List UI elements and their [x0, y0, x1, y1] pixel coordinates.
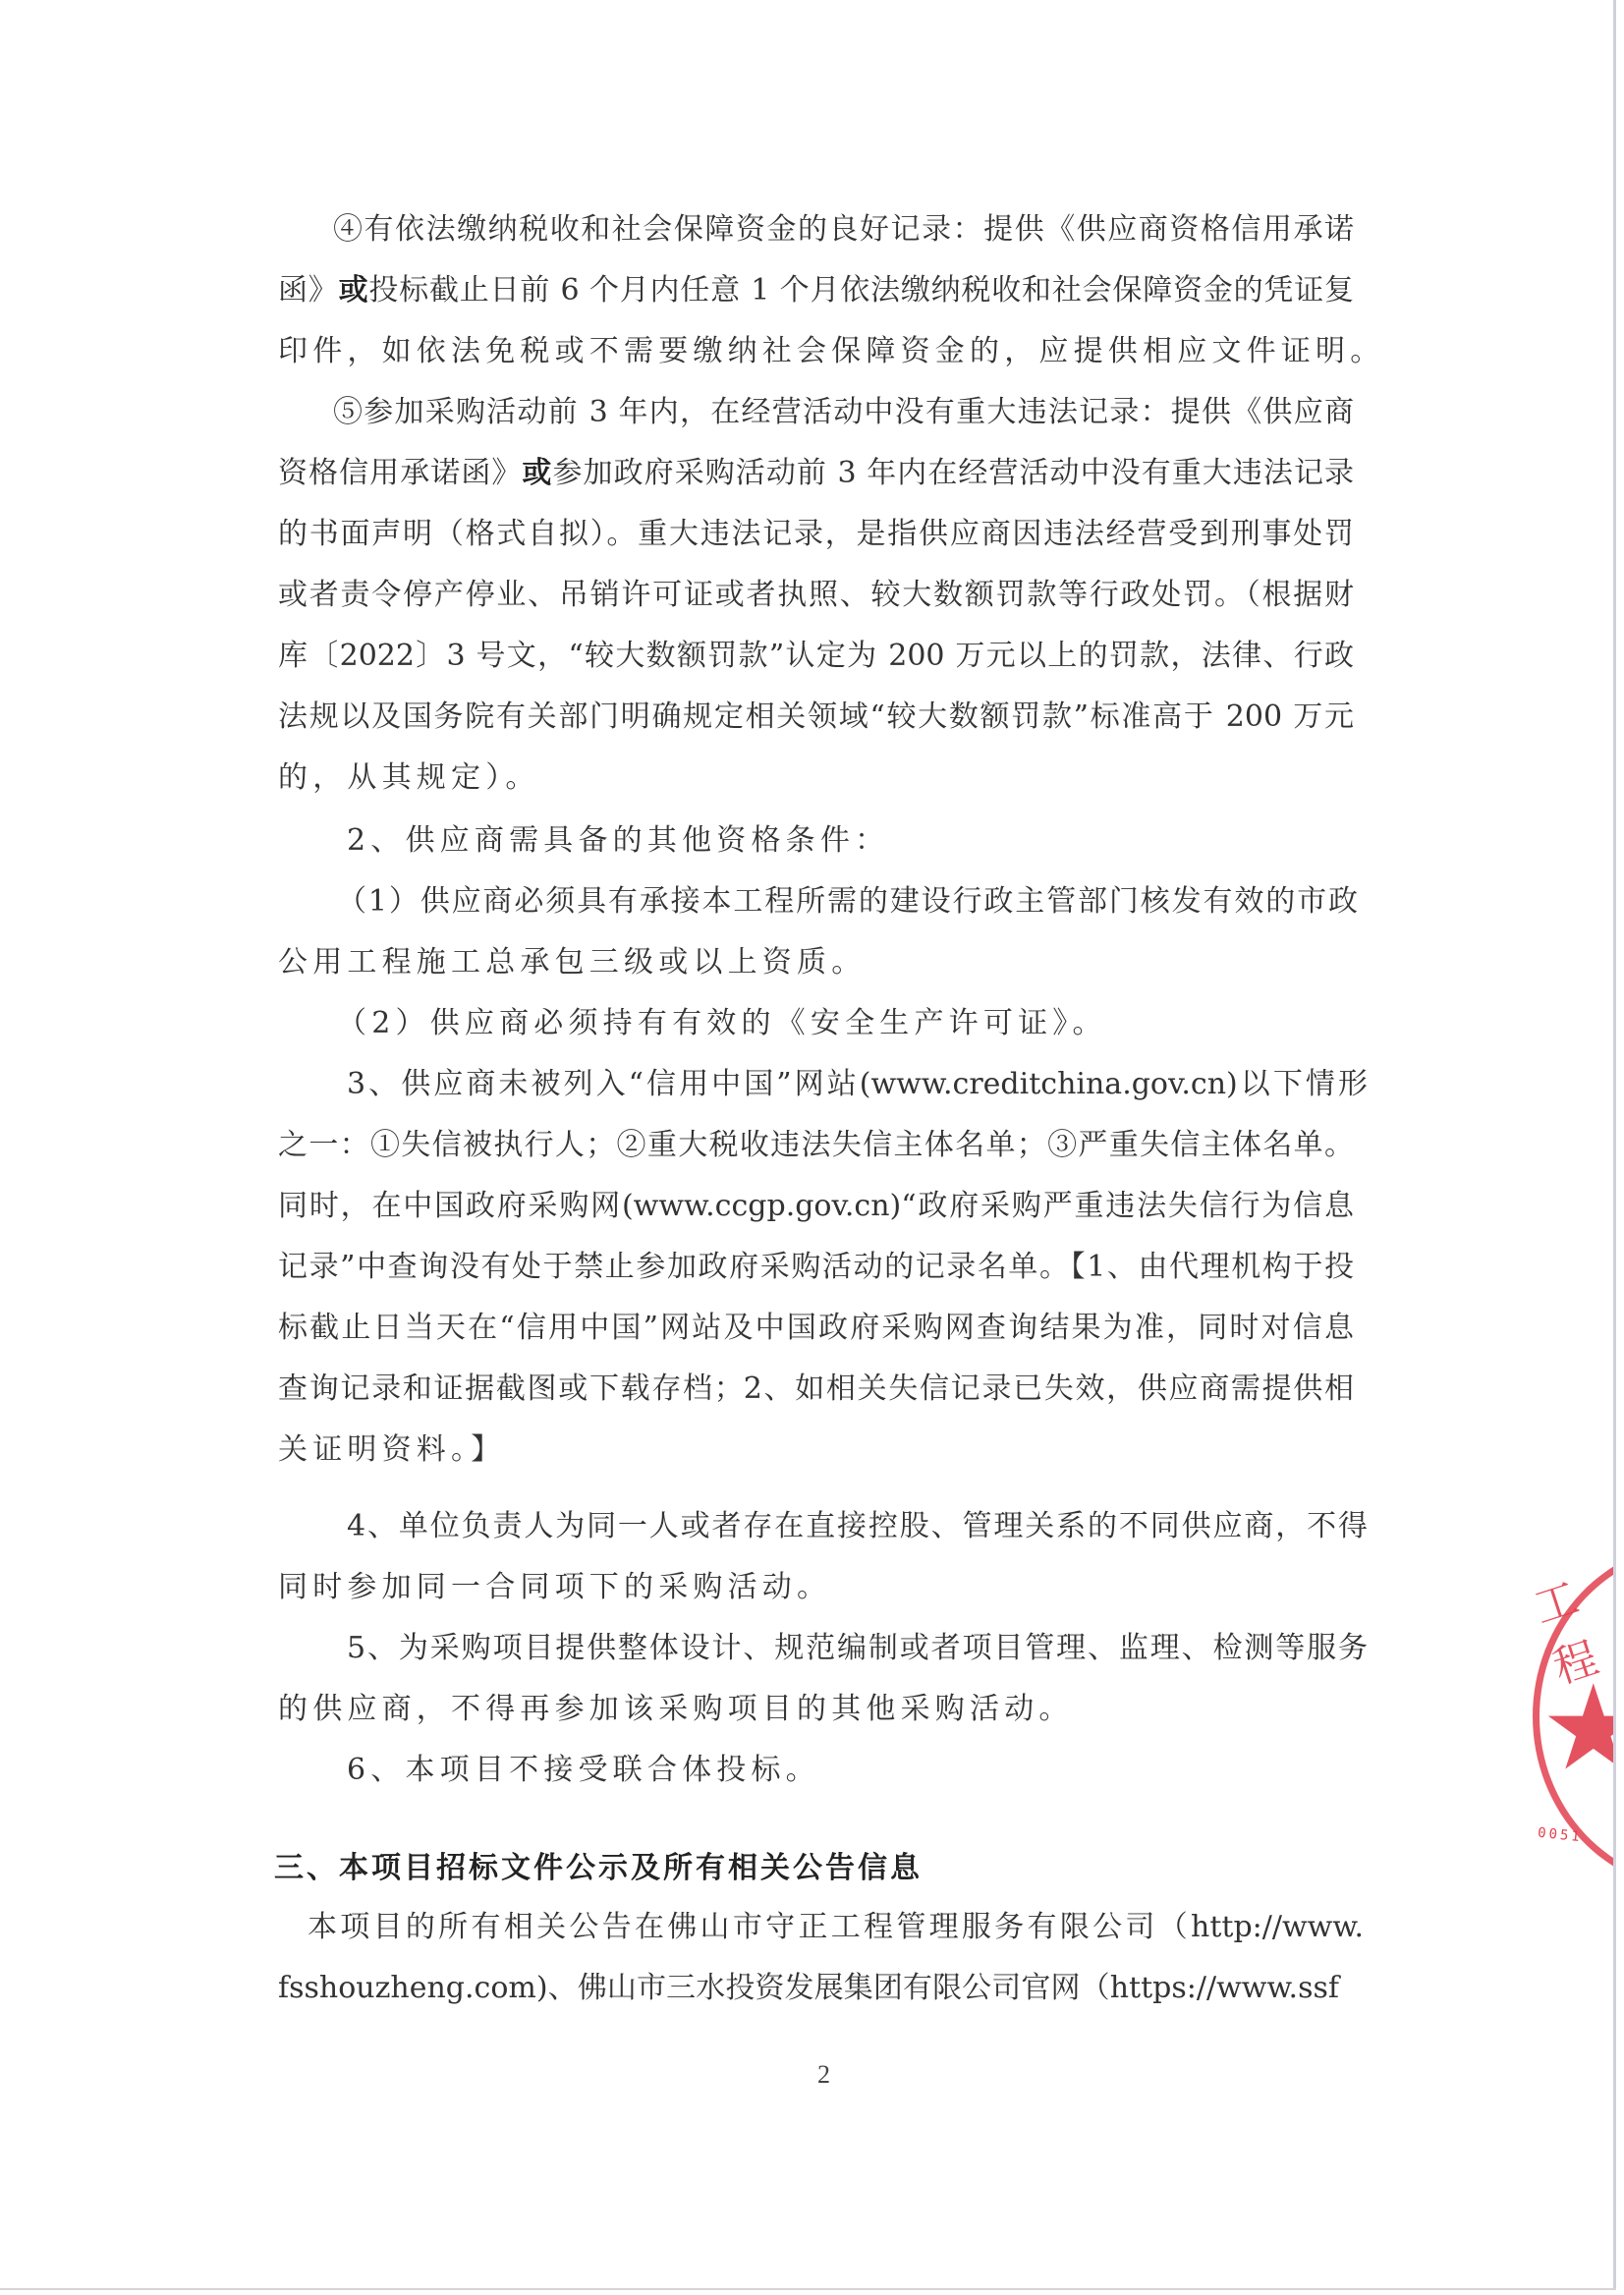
text-span: 资格信用承诺函》 — [278, 456, 522, 490]
text-span: 函》 — [278, 273, 339, 308]
text-line: 5、为采购项目提供整体设计、规范编制或者项目管理、监理、检测等服务 — [347, 1627, 1368, 1670]
emphasis-or: 或 — [522, 456, 552, 490]
scan-edge-vertical — [1613, 0, 1616, 2289]
text-line: 3、供应商未被列入“信用中国”网站(www.creditchina.gov.cn… — [347, 1063, 1368, 1106]
text-line: 查询记录和证据截图或下载存档；2、如相关失信记录已失效，供应商需提供相 — [278, 1368, 1354, 1411]
text-line: 公用工程施工总承包三级或以上资质。 — [278, 941, 866, 984]
text-span: 参加政府采购活动前 3 年内在经营活动中没有重大违法记录 — [552, 456, 1354, 490]
text-line: 记录”中查询没有处于禁止参加政府采购活动的记录名单。【1、由代理机构于投 — [278, 1246, 1354, 1289]
text-line: 标截止日当天在“信用中国”网站及中国政府采购网查询结果为准，同时对信息 — [278, 1307, 1354, 1350]
text-line: 法规以及国务院有关部门明确规定相关领域“较大数额罚款”标准高于 200 万元 — [278, 696, 1354, 739]
text-line: 之一：①失信被执行人；②重大税收违法失信主体名单；③严重失信主体名单。 — [278, 1124, 1354, 1167]
text-line: fsshouzheng.com)、佛山市三水投资发展集团有限公司官网（https… — [278, 1967, 1339, 2010]
text-line: ④有依法缴纳税收和社会保障资金的良好记录：提供《供应商资格信用承诺 — [333, 208, 1354, 252]
emphasis-or: 或 — [339, 273, 369, 308]
text-line: 函》或投标截止日前 6 个月内任意 1 个月依法缴纳税收和社会保障资金的凭证复 — [278, 269, 1354, 312]
seal-code: 0051 — [1537, 1825, 1583, 1846]
star-icon: ★ — [1540, 1670, 1613, 1788]
text-line: 6、本项目不接受联合体投标。 — [347, 1749, 820, 1792]
section-heading: 三、本项目招标文件公示及所有相关公告信息 — [274, 1847, 923, 1890]
text-line: 同时参加同一合同项下的采购活动。 — [278, 1566, 831, 1609]
list-item-heading: 2、供应商需具备的其他资格条件： — [347, 819, 889, 863]
official-seal-stamp: 工程 ★ 0051 — [1533, 1523, 1613, 1886]
text-line: 的供应商，不得再参加该采购项目的其他采购活动。 — [278, 1688, 1074, 1731]
text-line: 库〔2022〕3 号文，“较大数额罚款”认定为 200 万元以上的罚款，法律、行… — [278, 635, 1354, 678]
scan-edge-horizontal — [0, 2288, 1616, 2290]
text-line: 资格信用承诺函》或参加政府采购活动前 3 年内在经营活动中没有重大违法记录 — [278, 452, 1354, 495]
text-span: 投标截止日前 6 个月内任意 1 个月依法缴纳税收和社会保障资金的凭证复 — [368, 273, 1354, 308]
text-line: 关证明资料。】 — [278, 1428, 505, 1472]
text-line: ⑤参加采购活动前 3 年内，在经营活动中没有重大违法记录：提供《供应商 — [333, 391, 1354, 434]
page-number: 2 — [817, 2060, 830, 2090]
text-line: （1）供应商必须具有承接本工程所需的建设行政主管部门核发有效的市政 — [337, 880, 1358, 924]
text-line: 本项目的所有相关公告在佛山市守正工程管理服务有限公司（http://www. — [308, 1906, 1364, 1949]
text-line: 的书面声明（格式自拟）。重大违法记录，是指供应商因违法经营受到刑事处罚 — [278, 513, 1354, 556]
text-line: （2）供应商必须持有有效的《安全生产许可证》。 — [337, 1002, 1107, 1045]
text-line: 印件，如依法免税或不需要缴纳社会保障资金的，应提供相应文件证明。 — [278, 330, 1384, 373]
text-line: 同时，在中国政府采购网(www.ccgp.gov.cn)“政府采购严重违法失信行… — [278, 1185, 1354, 1228]
text-line: 的，从其规定）。 — [278, 756, 540, 800]
text-line: 或者责令停产停业、吊销许可证或者执照、较大数额罚款等行政处罚。（根据财 — [278, 574, 1354, 617]
text-line: 4、单位负责人为同一人或者存在直接控股、管理关系的不同供应商，不得 — [347, 1505, 1368, 1548]
